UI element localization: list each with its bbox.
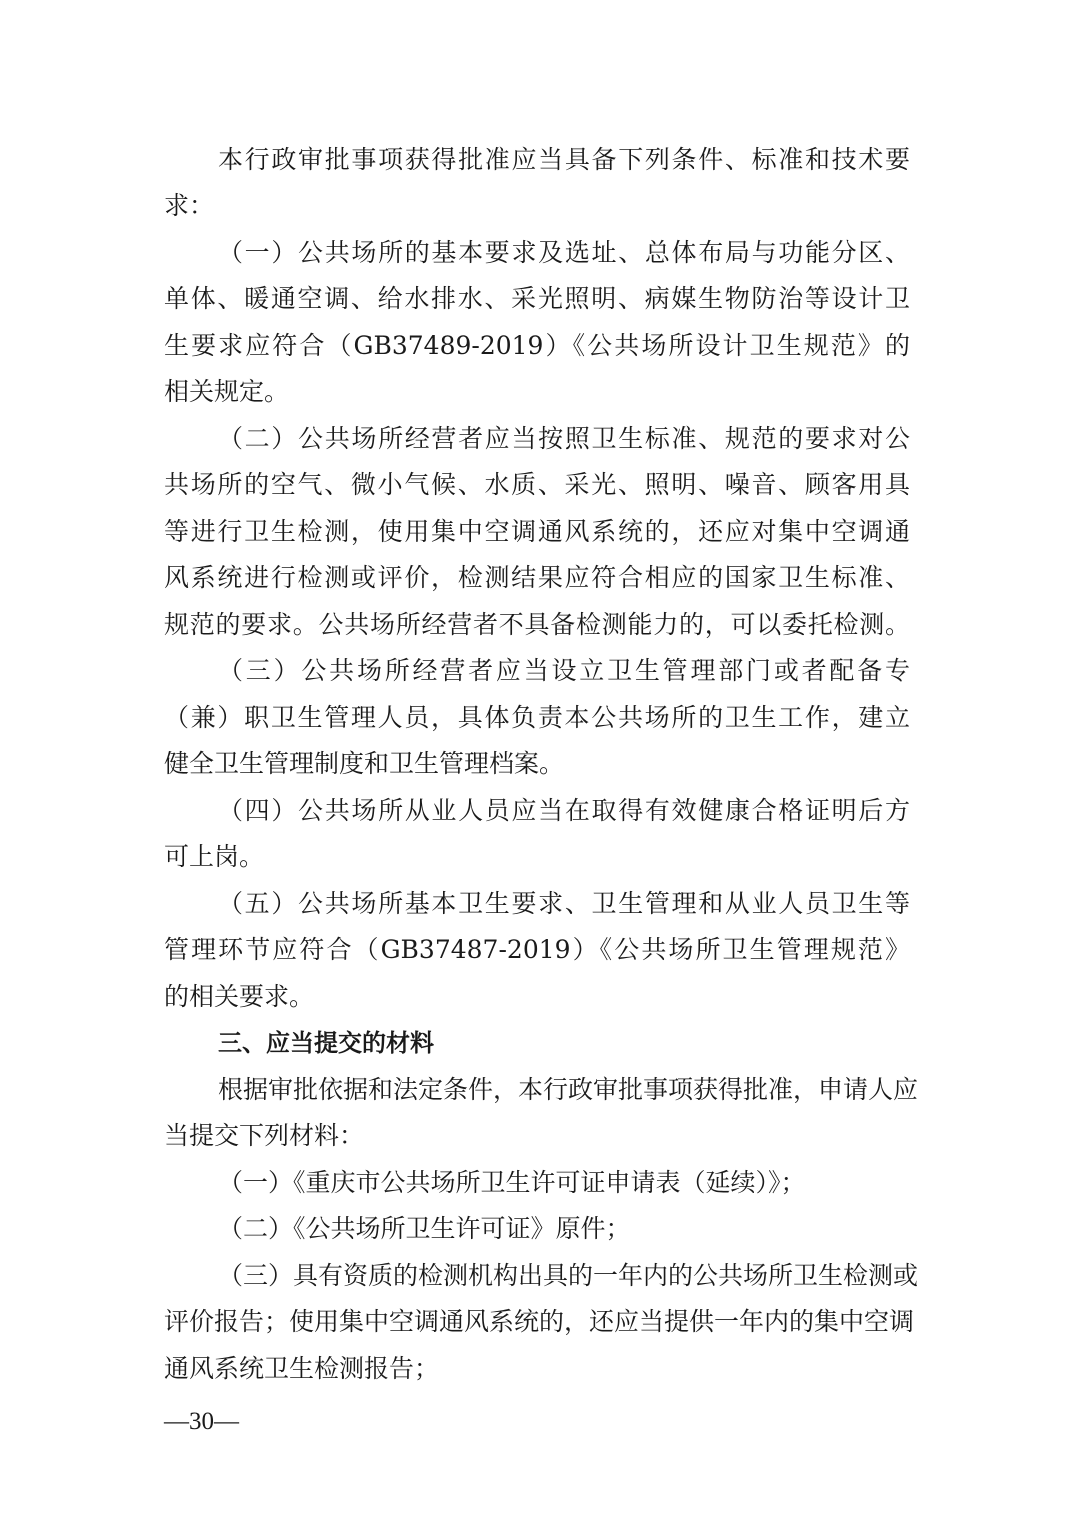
page-number: —30— [164, 1402, 239, 1442]
intro-paragraph-line-2: 求： [164, 186, 910, 226]
condition-1-line-1: （一）公共场所的基本要求及选址、总体布局与功能分区、 [218, 233, 910, 273]
material-item-3-line-1: （三）具有资质的检测机构出具的一年内的公共场所卫生检测或 [218, 1256, 910, 1296]
condition-2-line-1: （二）公共场所经营者应当按照卫生标准、规范的要求对公 [218, 419, 910, 459]
condition-3-line-3: 健全卫生管理制度和卫生管理档案。 [164, 744, 910, 784]
material-item-1: （一）《重庆市公共场所卫生许可证申请表（延续）》； [218, 1163, 910, 1203]
condition-2-line-2: 共场所的空气、微小气候、水质、采光、照明、噪音、顾客用具 [164, 465, 910, 505]
condition-4-line-1: （四）公共场所从业人员应当在取得有效健康合格证明后方 [218, 791, 910, 831]
condition-5-line-2: 管理环节应符合（GB37487-2019）《公共场所卫生管理规范》 [164, 930, 910, 970]
condition-2-line-3: 等进行卫生检测，使用集中空调通风系统的，还应对集中空调通 [164, 512, 910, 552]
section-heading-materials: 三、应当提交的材料 [218, 1023, 910, 1063]
condition-3-line-1: （三）公共场所经营者应当设立卫生管理部门或者配备专 [218, 651, 910, 691]
material-item-3-line-2: 评价报告；使用集中空调通风系统的，还应当提供一年内的集中空调 [164, 1302, 910, 1342]
condition-4-line-2: 可上岗。 [164, 837, 910, 877]
condition-5-line-3: 的相关要求。 [164, 977, 910, 1017]
materials-intro-line-2: 当提交下列材料： [164, 1116, 910, 1156]
material-item-3-line-3: 通风系统卫生检测报告； [164, 1349, 910, 1389]
condition-1-line-4: 相关规定。 [164, 372, 910, 412]
condition-5-line-1: （五）公共场所基本卫生要求、卫生管理和从业人员卫生等 [218, 884, 910, 924]
condition-1-line-3: 生要求应符合（GB37489-2019）《公共场所设计卫生规范》的 [164, 326, 910, 366]
intro-paragraph-line-1: 本行政审批事项获得批准应当具备下列条件、标准和技术要 [218, 140, 910, 180]
document-page: 本行政审批事项获得批准应当具备下列条件、标准和技术要 求： （一）公共场所的基本… [0, 0, 1074, 1520]
material-item-2: （二）《公共场所卫生许可证》原件； [218, 1209, 910, 1249]
condition-3-line-2: （兼）职卫生管理人员，具体负责本公共场所的卫生工作，建立 [164, 698, 910, 738]
materials-intro-line-1: 根据审批依据和法定条件，本行政审批事项获得批准，申请人应 [218, 1070, 910, 1110]
condition-1-line-2: 单体、暖通空调、给水排水、采光照明、病媒生物防治等设计卫 [164, 279, 910, 319]
condition-2-line-4: 风系统进行检测或评价，检测结果应符合相应的国家卫生标准、 [164, 558, 910, 598]
condition-2-line-5: 规范的要求。公共场所经营者不具备检测能力的，可以委托检测。 [164, 605, 910, 645]
